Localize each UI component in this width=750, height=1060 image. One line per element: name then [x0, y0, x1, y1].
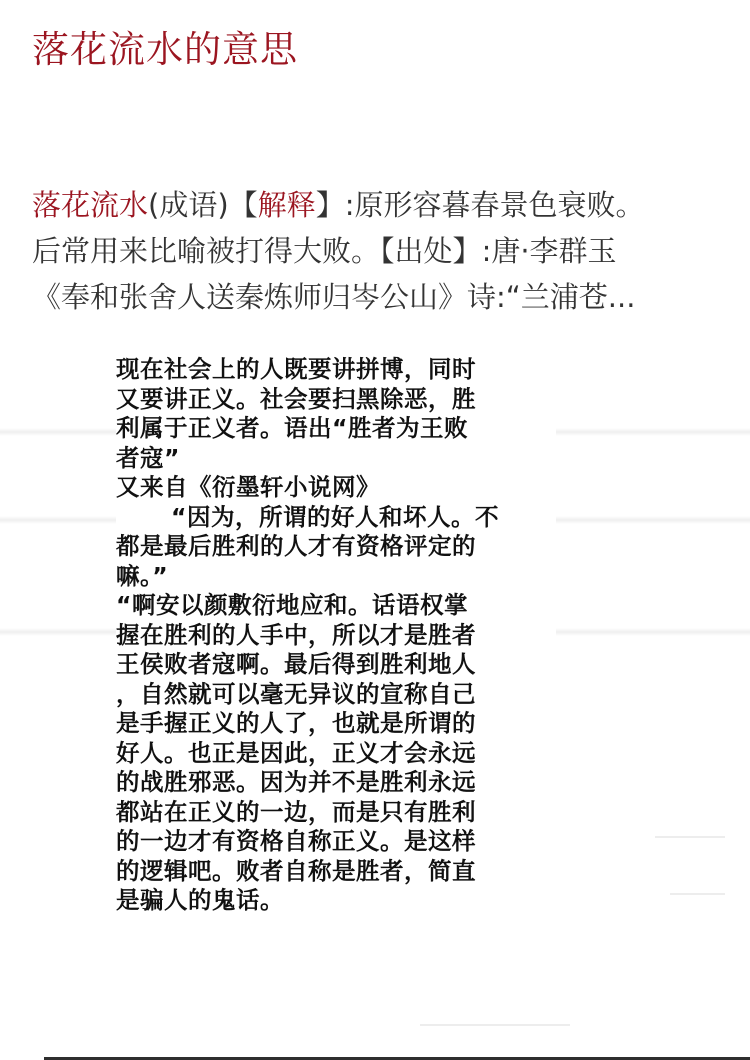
definition-line-2: 后常用来比喻被打得大败。【出处】:唐·李群玉	[32, 228, 742, 274]
quote-line: 好人。也正是因此，正义才会永远	[116, 739, 556, 769]
quote-line: 嘛。”	[116, 562, 556, 592]
quote-line: 利属于正义者。语出“胜者为王败	[116, 414, 556, 444]
quote-card: 现在社会上的人既要讲拼博，同时 又要讲正义。社会要扫黑除恶，胜 利属于正义者。语…	[116, 355, 556, 916]
quote-line: ，自然就可以毫无异议的宣称自己	[116, 680, 556, 710]
quote-line: 者寇”	[116, 444, 556, 474]
quote-line: “啊安以颜敷衍地应和。话语权掌	[116, 591, 556, 621]
background-artifact	[420, 1024, 570, 1026]
quote-line: 现在社会上的人既要讲拼博，同时	[116, 355, 556, 385]
bracket-open: 【	[229, 188, 258, 222]
bracket-close: 】	[453, 234, 482, 268]
quote-line: 是骗人的鬼话。	[116, 886, 556, 916]
quote-line: “因为，所谓的好人和坏人。不	[116, 503, 556, 533]
quote-line: 的战胜邪恶。因为并不是胜利永远	[116, 768, 556, 798]
quote-line: 又要讲正义。社会要扫黑除恶，胜	[116, 385, 556, 415]
idiom-definition: 落花流水(成语)【解释】:原形容暮春景色衰败。 后常用来比喻被打得大败。【出处】…	[32, 182, 742, 320]
idiom-term[interactable]: 落花流水	[32, 188, 148, 222]
bracket-close: 】	[316, 188, 345, 222]
source-label: 出处	[395, 234, 453, 268]
definition-line-1: 落花流水(成语)【解释】:原形容暮春景色衰败。	[32, 182, 742, 228]
quote-line: 的逻辑吧。败者自称是胜者，简直	[116, 857, 556, 887]
page-title: 落花流水的意思	[32, 28, 298, 72]
definition-line-3: 《奉和张舍人送秦炼师归岑公山》诗:“兰浦苍...	[32, 274, 742, 320]
quote-line: 握在胜利的人手中，所以才是胜者	[116, 621, 556, 651]
bracket-open: 【	[380, 234, 395, 268]
quote-source-line: 又来自《衍墨轩小说网》	[116, 473, 556, 503]
explanation-label: 解释	[258, 188, 316, 222]
source-author: :唐·李群玉	[482, 234, 617, 268]
background-artifact	[655, 836, 725, 838]
quote-line: 的一边才有资格自称正义。是这样	[116, 827, 556, 857]
quote-line: 王侯败者寇啊。最后得到胜利地人	[116, 650, 556, 680]
idiom-pos: (成语)	[148, 188, 229, 222]
quote-line: 是手握正义的人了，也就是所谓的	[116, 709, 556, 739]
quote-line: 都站在正义的一边，而是只有胜利	[116, 798, 556, 828]
explanation-continued: 后常用来比喻被打得大败。	[32, 234, 380, 268]
quote-line: 都是最后胜利的人才有资格评定的	[116, 532, 556, 562]
background-artifact	[670, 893, 725, 895]
explanation-text: :原形容暮春景色衰败。	[345, 188, 645, 222]
